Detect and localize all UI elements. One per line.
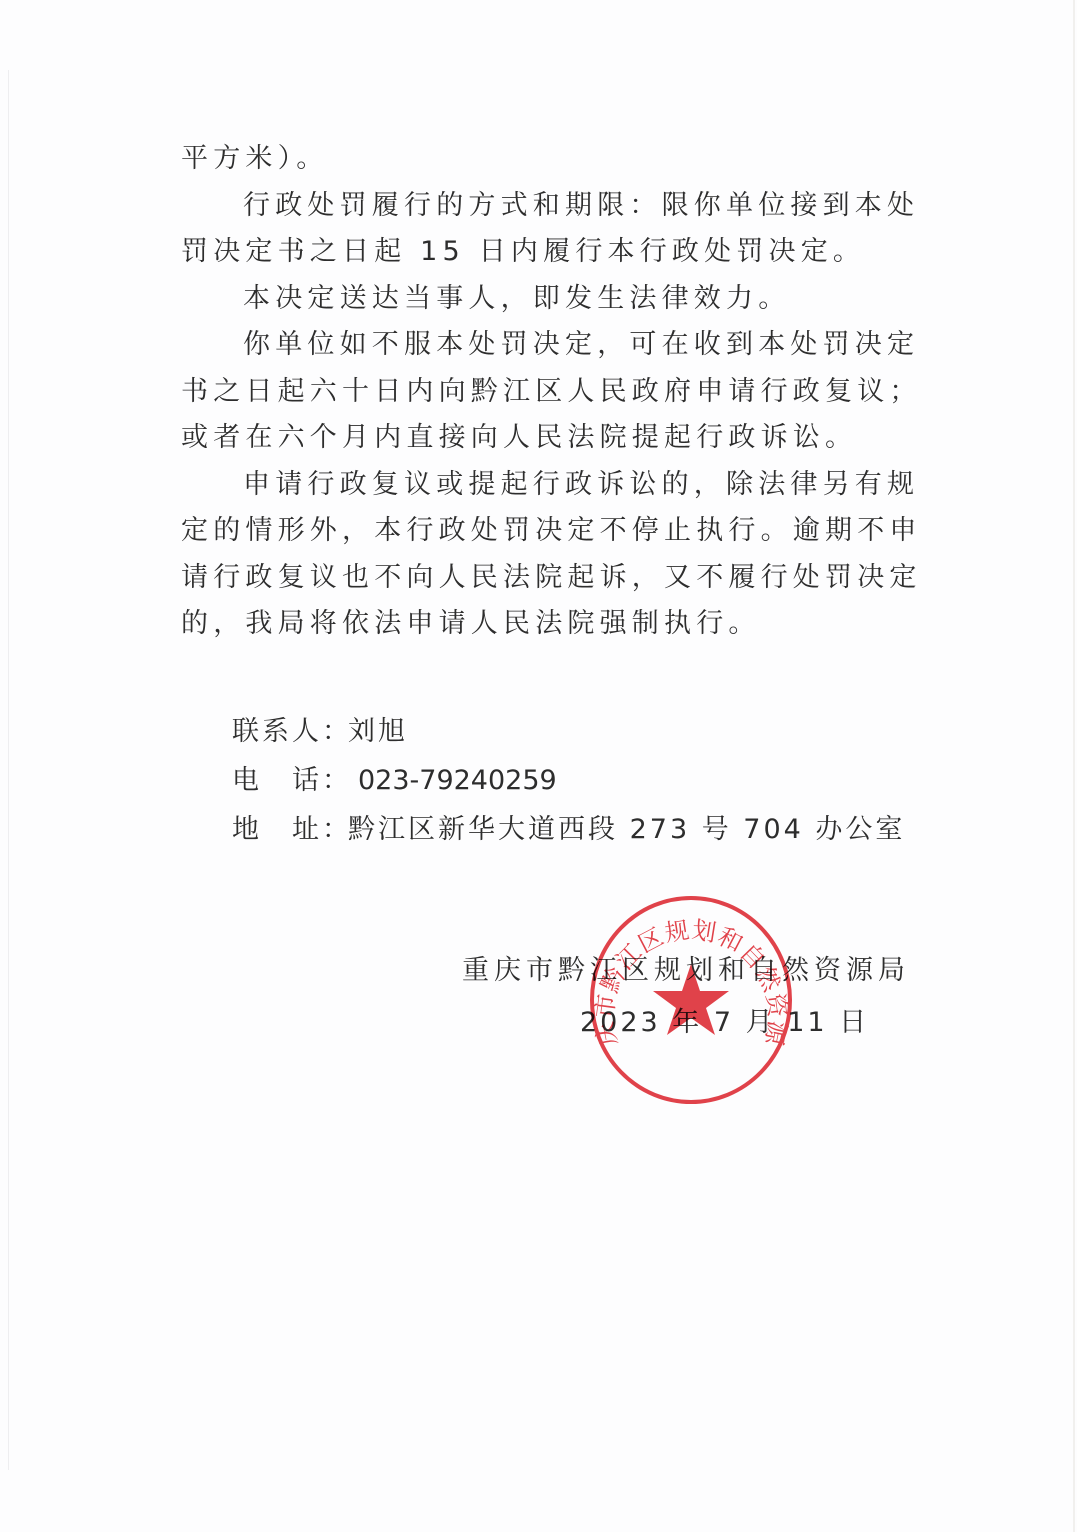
scan-edge: [8, 70, 9, 1470]
contact-address-row: 地 址： 黔江区新华大道西段 273 号 704 办公室: [232, 805, 905, 854]
contact-person-value: 刘旭: [348, 707, 408, 756]
contact-address-label: 地 址：: [232, 805, 348, 854]
contact-person-row: 联系人： 刘旭: [232, 707, 905, 756]
document-page: 平方米）。 行政处罚履行的方式和期限：限你单位接到本处罚决定书之日起 15 日内…: [0, 0, 1077, 1532]
contact-phone-label: 电 话：: [232, 756, 348, 805]
paragraph-payment-terms: 行政处罚履行的方式和期限：限你单位接到本处罚决定书之日起 15 日内履行本行政处…: [181, 183, 941, 276]
official-seal-icon: 重庆市黔江区规划和自然资源局: [588, 894, 794, 1106]
document-body: 平方米）。 行政处罚履行的方式和期限：限你单位接到本处罚决定书之日起 15 日内…: [181, 136, 941, 648]
contact-phone-value: 023-79240259: [358, 756, 557, 805]
paragraph-area-tail: 平方米）。: [181, 136, 941, 183]
paragraph-enforcement: 申请行政复议或提起行政诉讼的，除法律另有规定的情形外，本行政处罚决定不停止执行。…: [181, 462, 941, 648]
paragraph-effectiveness: 本决定送达当事人，即发生法律效力。: [181, 276, 941, 323]
contact-address-value: 黔江区新华大道西段 273 号 704 办公室: [348, 805, 905, 854]
contact-block: 联系人： 刘旭 电 话： 023-79240259 地 址： 黔江区新华大道西段…: [232, 707, 905, 854]
contact-person-label: 联系人：: [232, 707, 348, 756]
seal-star-icon: [653, 964, 729, 1035]
paragraph-appeal-rights: 你单位如不服本处罚决定，可在收到本处罚决定书之日起六十日内向黔江区人民政府申请行…: [181, 322, 941, 462]
scan-edge: [1073, 0, 1075, 1532]
contact-phone-row: 电 话： 023-79240259: [232, 756, 905, 805]
